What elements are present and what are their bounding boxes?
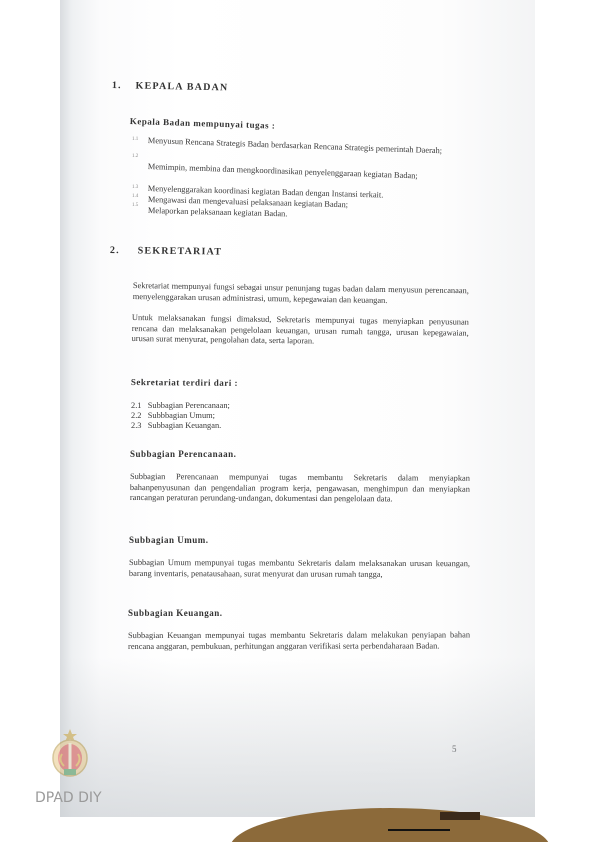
section-1-number: 1.	[112, 80, 132, 91]
keuangan-heading: Subbagian Keuangan.	[128, 608, 223, 618]
section-2-title: SEKRETARIAT	[138, 245, 223, 257]
sub-item-number: 2.1	[131, 401, 141, 410]
sekretariat-function-paragraph: Sekretariat mempunyai fungsi sebagai uns…	[133, 281, 469, 307]
sekretariat-task-paragraph: Untuk melaksanakan fungsi dimaksud, Sekr…	[132, 313, 469, 349]
sub-item-2: 2.2 Subbbagian Umum;	[131, 411, 215, 420]
item-number: 1.5	[132, 203, 138, 208]
sub-item-1: 2.1 Subbagian Perencanaan;	[131, 401, 230, 410]
umum-heading: Subbagian Umum.	[129, 535, 209, 545]
sub-item-label: Subbbagian Umum;	[148, 411, 215, 420]
background-object-bottom-dark	[440, 812, 480, 820]
sub-item-label: Subbagian Perencanaan;	[148, 401, 230, 410]
umum-paragraph: Subbagian Umum mempunyai tugas membantu …	[129, 558, 470, 580]
page-number: 5	[452, 744, 457, 754]
section-1-item-2: Memimpin, membina dan mengkoordinasikan …	[148, 162, 470, 184]
item-number: 1.2	[132, 154, 138, 159]
sekretariat-consists-heading: Sekretariat terdiri dari :	[131, 377, 238, 388]
watermark-text: DPAD DIY	[35, 790, 102, 806]
sub-item-number: 2.3	[131, 421, 141, 430]
section-2-heading: 2. SEKRETARIAT	[110, 245, 222, 258]
section-2-number: 2.	[110, 245, 134, 256]
section-1-item-1: Menyusun Rencana Strategis Badan berdasa…	[148, 136, 470, 158]
sub-item-label: Subbagian Keuangan.	[148, 421, 222, 430]
perencanaan-heading: Subbagian Perencanaan.	[130, 449, 236, 459]
document-content: 1. KEPALA BADAN Kepala Badan mempunyai t…	[60, 0, 535, 817]
document-page: 1. KEPALA BADAN Kepala Badan mempunyai t…	[60, 0, 535, 817]
sub-item-number: 2.2	[131, 411, 141, 420]
keuangan-paragraph: Subbagian Keuangan mempunyai tugas memba…	[128, 630, 470, 652]
item-number: 1.1	[132, 137, 138, 142]
section-1-title: KEPALA BADAN	[135, 80, 228, 93]
section-1-item-5: Melaporkan pelaksanaan kegiatan Badan.	[148, 206, 288, 218]
item-number: 1.3	[132, 185, 138, 190]
bottom-line	[388, 829, 450, 831]
item-number: 1.4	[132, 194, 138, 199]
sub-item-3: 2.3 Subbagian Keuangan.	[131, 421, 221, 430]
section-1-heading: 1. KEPALA BADAN	[112, 80, 229, 93]
section-1-intro: Kepala Badan mempunyai tugas :	[130, 116, 276, 131]
dpad-diy-emblem-icon	[50, 728, 90, 780]
perencanaan-paragraph: Subbagian Perencanaan mempunyai tugas me…	[130, 472, 470, 505]
